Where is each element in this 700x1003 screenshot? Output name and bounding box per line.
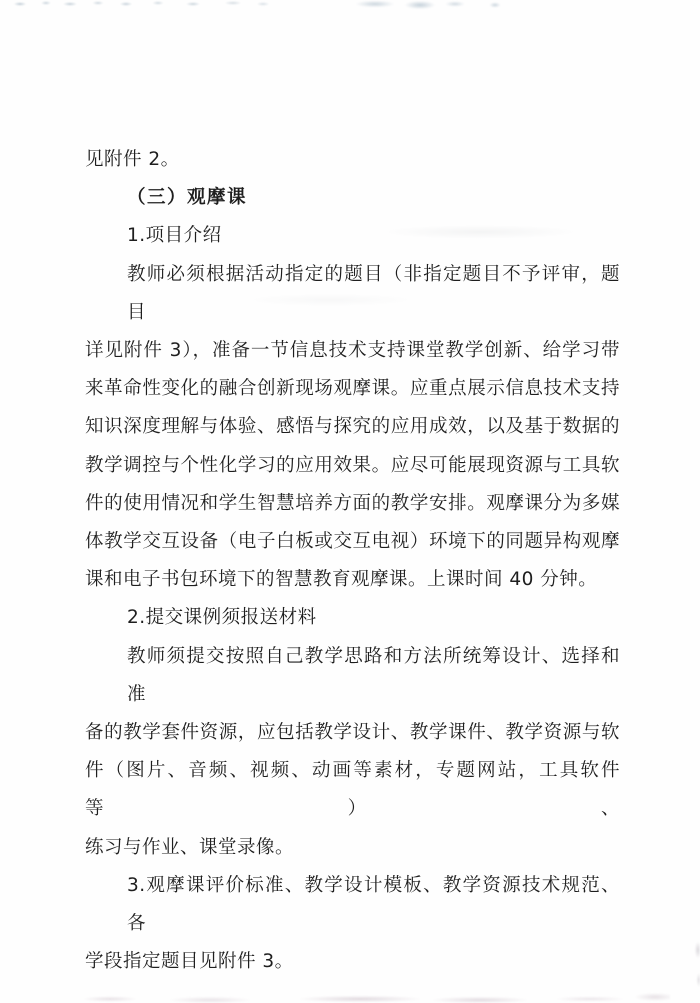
text-line: 练习与作业、课堂录像。 [85, 829, 620, 867]
text-line: 学段指定题目见附件 3。 [85, 943, 620, 981]
text-line-attachment2-ref: 见附件 2。 [85, 141, 620, 179]
text-line: 备的教学套件资源，应包括教学设计、教学课件、教学资源与软 [85, 714, 620, 752]
text-line: 体教学交互设备（电子白板或交互电视）环境下的同题异构观摩 [85, 523, 620, 561]
subheading-3-standards: 3.观摩课评价标准、教学设计模板、教学资源技术规范、各 [85, 867, 620, 943]
text-line: 详见附件 3），准备一节信息技术支持课堂教学创新、给学习带 [85, 332, 620, 370]
scan-artifact-top-left [8, 0, 278, 9]
scan-artifact-top-center [330, 0, 510, 13]
scan-artifact-right-edge [690, 930, 700, 1000]
scan-artifact-bottom [30, 987, 670, 1003]
heading-section-3-guanmoke: （三）观摩课 [85, 179, 620, 217]
text-line: 教学调控与个性化学习的应用效果。应尽可能展现资源与工具软 [85, 447, 620, 485]
text-line: 件（图片、音频、视频、动画等素材，专题网站，工具软件等）、 [85, 752, 620, 828]
document-text-block: 见附件 2。 （三）观摩课 1.项目介绍 教师必须根据活动指定的题目（非指定题目… [85, 141, 620, 981]
text-line: 来革命性变化的融合创新现场观摩课。应重点展示信息技术支持 [85, 370, 620, 408]
subheading-1-project-intro: 1.项目介绍 [85, 217, 620, 255]
text-line: 件的使用情况和学生智慧培养方面的教学安排。观摩课分为多媒 [85, 485, 620, 523]
text-line: 教师必须根据活动指定的题目（非指定题目不予评审，题目 [85, 256, 620, 332]
subheading-2-materials: 2.提交课例须报送材料 [85, 599, 620, 637]
document-page: 见附件 2。 （三）观摩课 1.项目介绍 教师必须根据活动指定的题目（非指定题目… [0, 0, 700, 1003]
text-line: 课和电子书包环境下的智慧教育观摩课。上课时间 40 分钟。 [85, 561, 620, 599]
text-line: 知识深度理解与体验、感悟与探究的应用成效，以及基于数据的 [85, 408, 620, 446]
text-line: 教师须提交按照自己教学思路和方法所统筹设计、选择和准 [85, 638, 620, 714]
